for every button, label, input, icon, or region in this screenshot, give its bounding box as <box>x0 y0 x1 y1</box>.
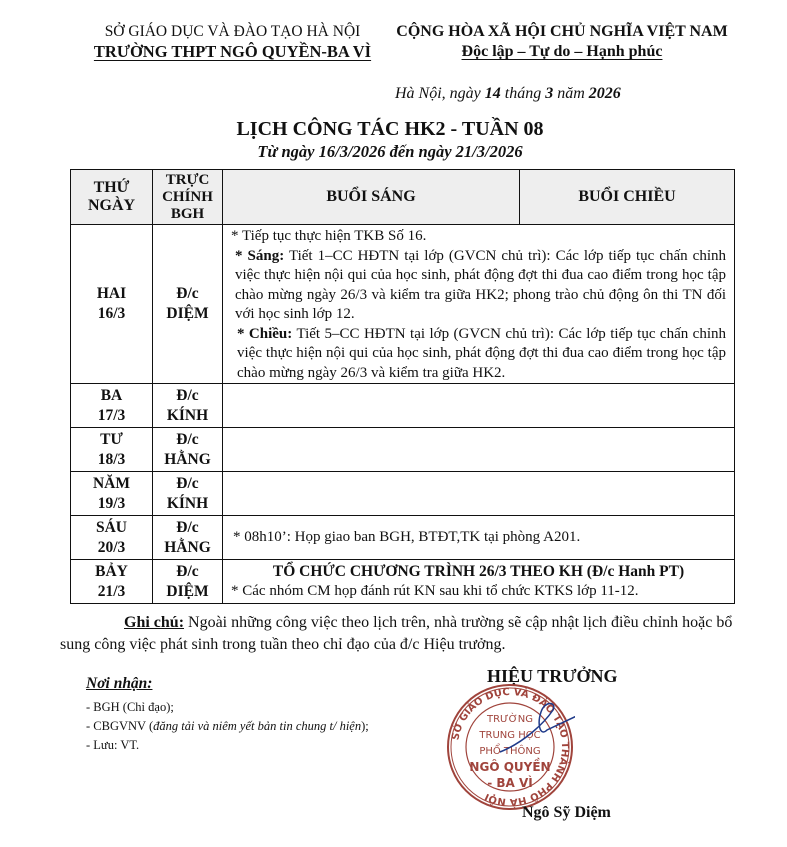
svg-text:- BA VÌ: - BA VÌ <box>487 775 533 790</box>
header-day: THỨNGÀY <box>71 170 153 225</box>
issuing-authority: SỞ GIÁO DỤC VÀ ĐÀO TẠO HÀ NỘI TRƯỜNG THP… <box>60 22 405 62</box>
table-row: TƯ18/3 Đ/cHẰNG <box>71 428 735 472</box>
schedule-table: THỨNGÀY TRỰCCHÍNHBGH BUỔI SÁNG BUỔI CHIỀ… <box>70 169 735 604</box>
activity-cell <box>223 428 735 472</box>
department-name: SỞ GIÁO DỤC VÀ ĐÀO TẠO HÀ NỘI <box>60 22 405 42</box>
recipients-title: Nơi nhận: <box>86 675 152 693</box>
activity-cell: TỔ CHỨC CHƯƠNG TRÌNH 26/3 THEO KH (Đ/c H… <box>223 560 735 604</box>
svg-text:TRUNG HỌC: TRUNG HỌC <box>478 730 540 741</box>
document-subtitle: Từ ngày 16/3/2026 đến ngày 21/3/2026 <box>60 142 720 162</box>
event-heading: TỔ CHỨC CHƯƠNG TRÌNH 26/3 THEO KH (Đ/c H… <box>231 562 726 582</box>
signer-name: Ngô Sỹ Diệm <box>522 804 611 822</box>
svg-text:TRƯỜNG: TRƯỜNG <box>486 712 533 725</box>
header-morning: BUỔI SÁNG <box>223 170 520 225</box>
activity-cell: * Tiếp tục thực hiện TKB Số 16. * Sáng: … <box>223 225 735 384</box>
school-name: TRƯỜNG THPT NGÔ QUYỀN-BA VÌ <box>94 42 371 61</box>
table-row: BA17/3 Đ/cKÍNH <box>71 384 735 428</box>
table-row: SÁU20/3 Đ/cHẰNG * 08h10’: Họp giao ban B… <box>71 516 735 560</box>
activity-cell <box>223 472 735 516</box>
note: Ghi chú: Ngoài những công việc theo lịch… <box>60 612 760 656</box>
header-afternoon: BUỔI CHIỀU <box>520 170 735 225</box>
document-title: LỊCH CÔNG TÁC HK2 - TUẦN 08 <box>60 118 720 140</box>
activity-cell: * 08h10’: Họp giao ban BGH, BTĐT,TK tại … <box>223 516 735 560</box>
svg-text:NGÔ QUYỀN: NGÔ QUYỀN <box>469 757 550 774</box>
country-name: CỘNG HÒA XÃ HỘI CHỦ NGHĨA VIỆT NAM <box>388 22 736 42</box>
note-label: Ghi chú: <box>124 614 184 631</box>
header-duty: TRỰCCHÍNHBGH <box>153 170 223 225</box>
place-date: Hà Nội, ngày 14 tháng 3 năm 2026 <box>395 85 695 103</box>
activity-cell <box>223 384 735 428</box>
table-row: NĂM19/3 Đ/cKÍNH <box>71 472 735 516</box>
table-row: BẢY21/3 Đ/cDIỆM TỔ CHỨC CHƯƠNG TRÌNH 26/… <box>71 560 735 604</box>
school-stamp-icon: SỞ GIÁO DỤC VÀ ĐÀO TẠO THÀNH PHỐ HÀ NỘI … <box>445 682 575 812</box>
svg-text:PHỔ THÔNG: PHỔ THÔNG <box>479 742 540 757</box>
duty-cell: Đ/cDIỆM <box>153 225 223 384</box>
motto: Độc lập – Tự do – Hạnh phúc <box>462 43 663 60</box>
day-cell: HAI16/3 <box>71 225 153 384</box>
national-motto: CỘNG HÒA XÃ HỘI CHỦ NGHĨA VIỆT NAM Độc l… <box>388 22 736 62</box>
table-row: HAI16/3 Đ/cDIỆM * Tiếp tục thực hiện TKB… <box>71 225 735 384</box>
table-header-row: THỨNGÀY TRỰCCHÍNHBGH BUỔI SÁNG BUỔI CHIỀ… <box>71 170 735 225</box>
recipients-list: - BGH (Chỉ đạo); - CBGVNV (đăng tải và n… <box>86 698 369 755</box>
